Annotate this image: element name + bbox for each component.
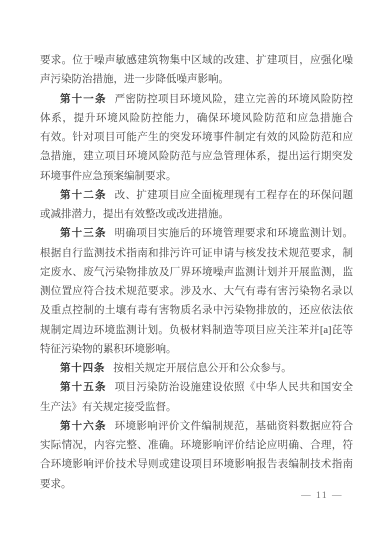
article-number-12: 第十二条 (60, 190, 107, 201)
line-text: 规制定周边环境监测计划。负极材料制造等项目应关注苯并[a]芘等 (40, 325, 353, 336)
doc-line: 根据自行监测技术指南和排污许可证申请与核发技术规范要求，制 (40, 244, 353, 263)
document-body: 要求。位于噪声敏感建筑物集中区域的改建、扩建项目，应强化噪 声污染防治措施，进一… (40, 51, 353, 494)
doc-line: 合环境影响评价技术导则或建设项目环境影响报告表编制技术指南 (40, 455, 353, 474)
doc-line: 生产法》有关规定接受监督。 (40, 398, 353, 417)
doc-line: 或减排潜力，提出有效整改或改进措施。 (40, 205, 353, 224)
doc-line: 第十一条严密防控项目环境风险，建立完善的环境风险防控 (40, 90, 353, 109)
doc-line: 特征污染物的累积环境影响。 (40, 340, 353, 359)
line-text: 改、扩建项目应全面梳理现有工程存在的环保问题 (115, 190, 353, 201)
page-number: — 11 — (301, 491, 343, 501)
doc-line: 声污染防治措施，进一步降低噪声影响。 (40, 70, 353, 89)
doc-line: 要求。位于噪声敏感建筑物集中区域的改建、扩建项目，应强化噪 (40, 51, 353, 70)
doc-line: 实际情况，内容完整、准确。环境影响评价结论应明确、合理，符 (40, 436, 353, 455)
doc-line: 第十六条环境影响评价文件编制规范，基础资料数据应符合 (40, 417, 353, 436)
doc-line: 有效。针对项目可能产生的突发环境事件制定有效的风险防范和应 (40, 128, 353, 147)
line-text: 要求。位于噪声敏感建筑物集中区域的改建、扩建项目，应强化噪 (40, 55, 353, 66)
line-text: 环境影响评价文件编制规范，基础资料数据应符合 (115, 421, 353, 432)
line-text: 特征污染物的累积环境影响。 (40, 344, 177, 355)
doc-line: 环境事件应急预案编制要求。 (40, 167, 353, 186)
article-number-13: 第十三条 (60, 228, 107, 239)
line-text: 根据自行监测技术指南和排污许可证申请与核发技术规范要求，制 (40, 248, 353, 259)
line-text: 测位置应符合技术规范要求。涉及水、大气有毒有害污染物名录以 (40, 286, 353, 297)
doc-line: 第十五条项目污染防治设施建设依照《中华人民共和国安全 (40, 378, 353, 397)
line-text: 生产法》有关规定接受监督。 (40, 402, 177, 413)
line-text: 及重点控制的土壤有毒有害物质名录中污染物排放的，还应依法依 (40, 305, 353, 316)
line-text: 严密防控项目环境风险，建立完善的环境风险防控 (115, 94, 353, 105)
doc-line: 体系，提升环境风险防控能力，确保环境风险防范和应急措施合理、 (40, 109, 353, 128)
line-text: 合环境影响评价技术导则或建设项目环境影响报告表编制技术指南 (40, 459, 353, 470)
doc-line: 及重点控制的土壤有毒有害物质名录中污染物排放的，还应依法依 (40, 301, 353, 320)
line-text: 或减排潜力，提出有效整改或改进措施。 (40, 209, 229, 220)
document-page: 要求。位于噪声敏感建筑物集中区域的改建、扩建项目，应强化噪 声污染防治措施，进一… (0, 0, 390, 551)
line-text: 体系，提升环境风险防控能力，确保环境风险防范和应急措施合理、 (40, 113, 353, 128)
doc-line: 第十三条明确项目实施后的环境管理要求和环境监测计划。 (40, 224, 353, 243)
article-number-16: 第十六条 (60, 421, 107, 432)
line-text: 明确项目实施后的环境管理要求和环境监测计划。 (115, 228, 353, 239)
line-text: 实际情况，内容完整、准确。环境影响评价结论应明确、合理，符 (40, 440, 353, 451)
line-text: 环境事件应急预案编制要求。 (40, 171, 177, 182)
article-number-11: 第十一条 (60, 94, 107, 105)
line-text: 项目污染防治设施建设依照《中华人民共和国安全 (115, 382, 353, 393)
line-text: 定废水、废气污染物排放及厂界环境噪声监测计划并开展监测，监 (40, 267, 353, 278)
article-number-14: 第十四条 (60, 363, 105, 374)
doc-line: 急措施，建立项目环境风险防范与应急管理体系，提出运行期突发 (40, 147, 353, 166)
doc-line: 第十二条改、扩建项目应全面梳理现有工程存在的环保问题 (40, 186, 353, 205)
doc-line: 规制定周边环境监测计划。负极材料制造等项目应关注苯并[a]芘等 (40, 321, 353, 340)
doc-line: 定废水、废气污染物排放及厂界环境噪声监测计划并开展监测，监 (40, 263, 353, 282)
line-text: 声污染防治措施，进一步降低噪声影响。 (40, 74, 229, 85)
line-text: 按相关规定开展信息公开和公众参与。 (113, 363, 292, 374)
article-number-15: 第十五条 (60, 382, 107, 393)
line-text: 要求。 (40, 479, 72, 490)
doc-line: 测位置应符合技术规范要求。涉及水、大气有毒有害污染物名录以 (40, 282, 353, 301)
line-text: 急措施，建立项目环境风险防范与应急管理体系，提出运行期突发 (40, 151, 353, 162)
line-text: 有效。针对项目可能产生的突发环境事件制定有效的风险防范和应 (40, 132, 353, 143)
doc-line: 第十四条按相关规定开展信息公开和公众参与。 (40, 359, 353, 378)
